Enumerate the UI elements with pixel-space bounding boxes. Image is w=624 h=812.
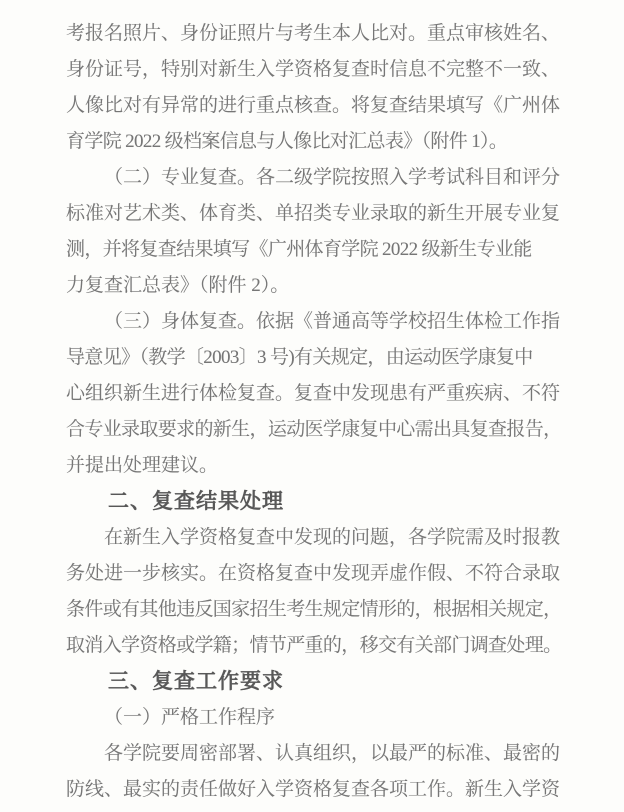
text-line: 条件或有其他违反国家招生考生规定情形的，根据相关规定，	[66, 592, 568, 628]
text-line: （一）严格工作程序	[66, 700, 568, 736]
text-line: 育学院 2022 级档案信息与人像比对汇总表》（附件 1）。	[66, 124, 568, 160]
text-line: 并提出处理建议。	[66, 448, 568, 484]
section-heading: 二、复查结果处理	[66, 484, 568, 520]
text-line: 考报名照片、身份证照片与考生本人比对。重点审核姓名、	[66, 16, 568, 52]
text-line: 取消入学资格或学籍；情节严重的，移交有关部门调查处理。	[66, 628, 568, 664]
text-line: 导意见》（教学〔2003〕3 号)有关规定，由运动医学康复中	[66, 340, 568, 376]
document-page: 考报名照片、身份证照片与考生本人比对。重点审核姓名、身份证号，特别对新生入学资格…	[0, 0, 624, 812]
section-heading: 三、复查工作要求	[66, 664, 568, 700]
text-line: 在新生入学资格复查中发现的问题，各学院需及时报教	[66, 520, 568, 556]
text-line: 人像比对有异常的进行重点核查。将复查结果填写《广州体	[66, 88, 568, 124]
text-line: 身份证号，特别对新生入学资格复查时信息不完整不一致、	[66, 52, 568, 88]
text-line: 合专业录取要求的新生，运动医学康复中心需出具复查报告，	[66, 412, 568, 448]
text-line: 标准对艺术类、体育类、单招类专业录取的新生开展专业复	[66, 196, 568, 232]
document-text-block: 考报名照片、身份证照片与考生本人比对。重点审核姓名、身份证号，特别对新生入学资格…	[66, 16, 568, 808]
text-line: 防线、最实的责任做好入学资格复查各项工作。新生入学资	[66, 772, 568, 808]
text-line: 心组织新生进行体检复查。复查中发现患有严重疾病、不符	[66, 376, 568, 412]
text-line: 各学院要周密部署、认真组织，以最严的标准、最密的	[66, 736, 568, 772]
text-line: 务处进一步核实。在资格复查中发现弄虚作假、不符合录取	[66, 556, 568, 592]
text-line: 力复查汇总表》（附件 2）。	[66, 268, 568, 304]
text-line: （二）专业复查。各二级学院按照入学考试科目和评分	[66, 160, 568, 196]
text-line: 测，并将复查结果填写《广州体育学院 2022 级新生专业能	[66, 232, 568, 268]
text-line: （三）身体复查。依据《普通高等学校招生体检工作指	[66, 304, 568, 340]
